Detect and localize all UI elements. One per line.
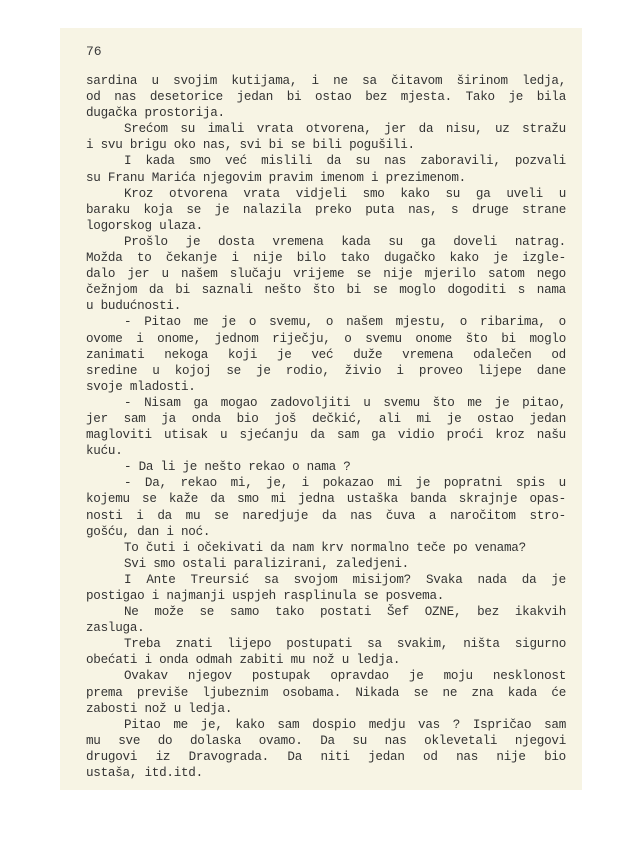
text-line: I Ante Treursić sa svojom misijom? Svaka… <box>86 572 566 588</box>
text-line: su Franu Marića njegovim pravim imenom i… <box>86 170 566 186</box>
text-line: Prošlo je dosta vremena kada su ga dovel… <box>86 234 566 250</box>
text-line: zabosti nož u ledja. <box>86 701 566 717</box>
text-line: čežnjom da bi saznali nešto što bi se mo… <box>86 282 566 298</box>
text-line: postigao i najmanji uspjeh rasplinula se… <box>86 588 566 604</box>
text-line: - Nisam ga mogao zadovoljiti u svemu što… <box>86 395 566 411</box>
text-line: od nas desetorice jedan bi ostao bez mje… <box>86 89 566 105</box>
text-line: Pitao me je, kako sam dospio medju vas ?… <box>86 717 566 733</box>
text-line: mu sve do dolaska ovamo. Da su nas oklev… <box>86 733 566 749</box>
text-line: sardina u svojim kutijama, i ne sa čitav… <box>86 73 566 89</box>
text-line: - Da, rekao mi, je, i pokazao mi je popr… <box>86 475 566 491</box>
text-line: dugačka prostorija. <box>86 105 566 121</box>
text-line: zasluga. <box>86 620 566 636</box>
text-line: svoje mladosti. <box>86 379 566 395</box>
text-line: dalo jer u našem slučaju vrijeme se nije… <box>86 266 566 282</box>
text-line: Ne može se samo tako postati Šef OZNE, b… <box>86 604 566 620</box>
text-line: Treba znati lijepo postupati sa svakim, … <box>86 636 566 652</box>
text-line: magloviti utisak u sjećanju da sam ga vi… <box>86 427 566 443</box>
text-line: I kada smo već mislili da su nas zaborav… <box>86 153 566 169</box>
text-line: u budućnosti. <box>86 298 566 314</box>
text-line: ustaša, itd.itd. <box>86 765 566 781</box>
text-line: - Pitao me je o svemu, o našem mjestu, o… <box>86 314 566 330</box>
text-line: nosti i da mu se naredjuje da nas čuva a… <box>86 508 566 524</box>
page-number: 76 <box>86 44 102 59</box>
text-line: kuću. <box>86 443 566 459</box>
scanned-page: 76 sardina u svojim kutijama, i ne sa či… <box>60 28 582 790</box>
text-line: Ovakav njegov postupak opravdao je moju … <box>86 668 566 684</box>
text-line: obećati i onda odmah zabiti mu nož u led… <box>86 652 566 668</box>
text-line: ovome i onome, jednom riječju, o svemu o… <box>86 331 566 347</box>
text-line: kojemu se kaže da smo mi jedna ustaška b… <box>86 491 566 507</box>
text-line: Možda to čekanje i nije bilo tako dugačk… <box>86 250 566 266</box>
text-line: Srećom su imali vrata otvorena, jer da n… <box>86 121 566 137</box>
text-line: zanimati nekoga koji je već duže vremena… <box>86 347 566 363</box>
text-line: prema previše ljubeznim osobama. Nikada … <box>86 685 566 701</box>
text-line: logorskog ulaza. <box>86 218 566 234</box>
text-line: baraku koja se je nalazila preko puta na… <box>86 202 566 218</box>
text-line: gošću, dan i noć. <box>86 524 566 540</box>
text-line: To čuti i očekivati da nam krv normalno … <box>86 540 566 556</box>
text-line: sredine u kojoj se je rodio, živio i pro… <box>86 363 566 379</box>
text-line: jer sam ja onda bio još dečkić, ali mi j… <box>86 411 566 427</box>
text-line: Kroz otvorena vrata vidjeli smo kako su … <box>86 186 566 202</box>
text-line: Svi smo ostali paralizirani, zaledjeni. <box>86 556 566 572</box>
text-line: i svu brigu oko nas, svi bi se bili pogu… <box>86 137 566 153</box>
text-line: - Da li je nešto rekao o nama ? <box>86 459 566 475</box>
body-text: sardina u svojim kutijama, i ne sa čitav… <box>86 73 566 781</box>
text-line: drugovi iz Dravograda. Da niti jedan od … <box>86 749 566 765</box>
